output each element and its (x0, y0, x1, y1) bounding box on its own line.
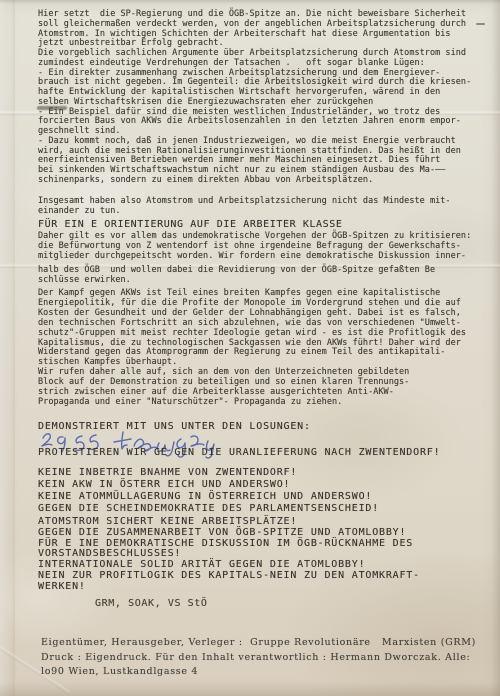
signature-organizations: GRM, SOAK, VS StÖ (95, 598, 208, 609)
section-heading: FÜR EIN E ORIENTIERUNG AUF DIE ARBEITER … (38, 219, 493, 230)
body-paragraph-3: Daher gilt es vor allem das undemokratis… (38, 232, 488, 261)
protest-slogan-line: PROTESTIEREN WIR GE GEN DIE URANLIEFERUN… (38, 447, 493, 458)
body-paragraph-1: Hier setzt die SP-Regierung und die ÖGB-… (38, 10, 488, 186)
paper-edge-bottom (0, 682, 500, 696)
body-paragraph-5: Der Kampf gegen AKWs ist Teil eines brei… (38, 289, 488, 408)
imprint-footer: Eigentümer, Herausgeber, Verleger : Grup… (41, 636, 481, 680)
body-paragraph-2: Insgesamt haben also Atomstrom und Arbei… (38, 197, 488, 217)
paper-edge-top (0, 0, 500, 4)
slogan-block-2: ATOMSTROM SICHERT KEINE ARBEITSPLÄTZE! G… (38, 517, 493, 593)
body-paragraph-4: halb des ÖGB und wollen dabei die Revidi… (38, 266, 488, 286)
paper-edge-left (0, 0, 15, 696)
leaflet-page: Hier setzt die SP-Regierung und die ÖGB-… (0, 0, 500, 696)
slogan-block-1: KEINE INBETRIE BNAHME VON ZWENTENDORF! K… (38, 467, 493, 515)
